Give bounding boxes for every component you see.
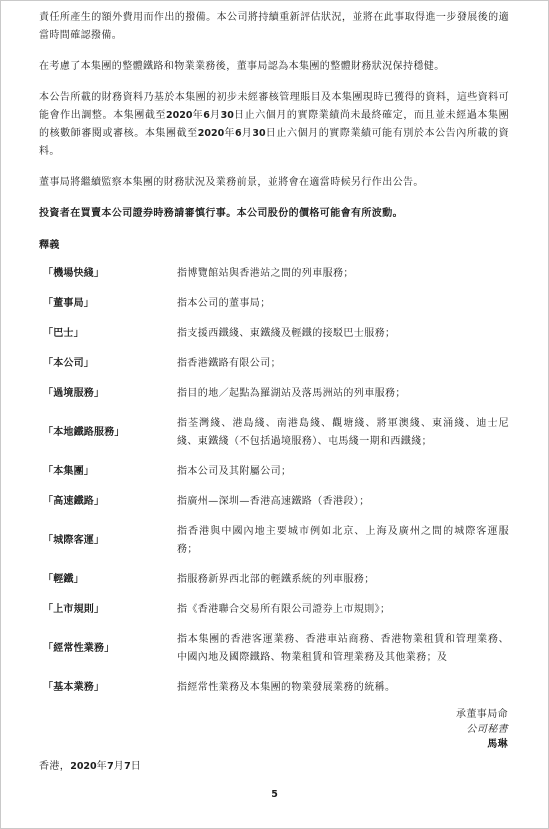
definition-row: 「過境服務」指目的地／起點為羅湖站及落馬洲站的列車服務；	[43, 385, 509, 403]
page-content: 責任所產生的額外費用而作出的撥備。本公司將持續重新評估狀況，並將在此事取得進一步…	[1, 1, 548, 697]
definition-term: 「高速鐵路」	[43, 493, 177, 511]
definition-term: 「本公司」	[43, 355, 177, 373]
definitions-list: 「機場快綫」指博覽館站與香港站之間的列車服務；「董事局」指本公司的董事局；「巴士…	[43, 265, 509, 697]
definitions-heading: 釋義	[39, 236, 509, 251]
definition-text: 指荃灣綫、港島綫、南港島綫、觀塘綫、將軍澳綫、東涌綫、迪士尼綫、東鐵綫（不包括過…	[177, 415, 509, 451]
definition-text: 指本公司及其附屬公司；	[177, 463, 509, 481]
definition-term: 「輕鐵」	[43, 571, 177, 589]
definition-term: 「上市規則」	[43, 601, 177, 619]
dateline: 香港，2020年7月7日	[39, 757, 141, 772]
definition-row: 「高速鐵路」指廣州—深圳—香港高速鐵路（香港段）；	[43, 493, 509, 511]
definition-row: 「本公司」指香港鐵路有限公司；	[43, 355, 509, 373]
paragraph: 投資者在買賣本公司證券時務請審慎行事。本公司股份的價格可能會有所波動。	[39, 205, 509, 223]
paragraph: 責任所產生的額外費用而作出的撥備。本公司將持續重新評估狀況，並將在此事取得進一步…	[39, 9, 509, 45]
paragraph: 本公告所載的財務資料乃基於本集團的初步未經審核管理賬目及本集團現時已獲得的資料，…	[39, 89, 509, 161]
secretary-title: 公司秘書	[456, 722, 508, 737]
definition-text: 指本公司的董事局；	[177, 295, 509, 313]
definition-text: 指本集團的香港客運業務、香港車站商務、香港物業租賃和管理業務、中國內地及國際鐵路…	[177, 631, 509, 667]
paragraph: 在考慮了本集團的整體鐵路和物業業務後，董事局認為本集團的整體財務狀況保持穩健。	[39, 58, 509, 76]
definition-row: 「機場快綫」指博覽館站與香港站之間的列車服務；	[43, 265, 509, 283]
definition-text: 指廣州—深圳—香港高速鐵路（香港段）；	[177, 493, 509, 511]
definition-term: 「董事局」	[43, 295, 177, 313]
definition-term: 「巴士」	[43, 325, 177, 343]
document-page: 責任所產生的額外費用而作出的撥備。本公司將持續重新評估狀況，並將在此事取得進一步…	[0, 0, 549, 829]
definition-text: 指博覽館站與香港站之間的列車服務；	[177, 265, 509, 283]
by-order-line: 承董事局命	[456, 707, 508, 722]
announcement-paragraphs: 責任所產生的額外費用而作出的撥備。本公司將持續重新評估狀況，並將在此事取得進一步…	[39, 9, 509, 223]
definition-row: 「經常性業務」指本集團的香港客運業務、香港車站商務、香港物業租賃和管理業務、中國…	[43, 631, 509, 667]
definition-row: 「基本業務」指經常性業務及本集團的物業發展業務的統稱。	[43, 679, 509, 697]
definition-text: 指服務新界西北部的輕鐵系統的列車服務；	[177, 571, 509, 589]
signature-block: 承董事局命 公司秘書 馬琳	[456, 707, 508, 752]
definition-term: 「經常性業務」	[43, 640, 177, 658]
definition-row: 「城際客運」指香港與中國內地主要城市例如北京、上海及廣州之間的城際客運服務；	[43, 523, 509, 559]
definition-text: 指經常性業務及本集團的物業發展業務的統稱。	[177, 679, 509, 697]
definition-text: 指支援西鐵綫、東鐵綫及輕鐵的接駁巴士服務；	[177, 325, 509, 343]
definition-term: 「城際客運」	[43, 532, 177, 550]
definition-term: 「基本業務」	[43, 679, 177, 697]
definition-row: 「上市規則」指《香港聯合交易所有限公司證券上市規則》；	[43, 601, 509, 619]
definition-term: 「本集團」	[43, 463, 177, 481]
definition-row: 「巴士」指支援西鐵綫、東鐵綫及輕鐵的接駁巴士服務；	[43, 325, 509, 343]
definition-term: 「過境服務」	[43, 385, 177, 403]
definition-term: 「機場快綫」	[43, 265, 177, 283]
definition-text: 指香港與中國內地主要城市例如北京、上海及廣州之間的城際客運服務；	[177, 523, 509, 559]
definition-row: 「董事局」指本公司的董事局；	[43, 295, 509, 313]
definition-row: 「本集團」指本公司及其附屬公司；	[43, 463, 509, 481]
definition-text: 指香港鐵路有限公司；	[177, 355, 509, 373]
definition-text: 指目的地／起點為羅湖站及落馬洲站的列車服務；	[177, 385, 509, 403]
definition-row: 「輕鐵」指服務新界西北部的輕鐵系統的列車服務；	[43, 571, 509, 589]
definition-text: 指《香港聯合交易所有限公司證券上市規則》；	[177, 601, 509, 619]
paragraph: 董事局將繼續監察本集團的財務狀況及業務前景，並將會在適當時候另行作出公告。	[39, 174, 509, 192]
page-number: 5	[1, 789, 548, 800]
definition-row: 「本地鐵路服務」指荃灣綫、港島綫、南港島綫、觀塘綫、將軍澳綫、東涌綫、迪士尼綫、…	[43, 415, 509, 451]
secretary-name: 馬琳	[456, 737, 508, 752]
definition-term: 「本地鐵路服務」	[43, 424, 177, 442]
